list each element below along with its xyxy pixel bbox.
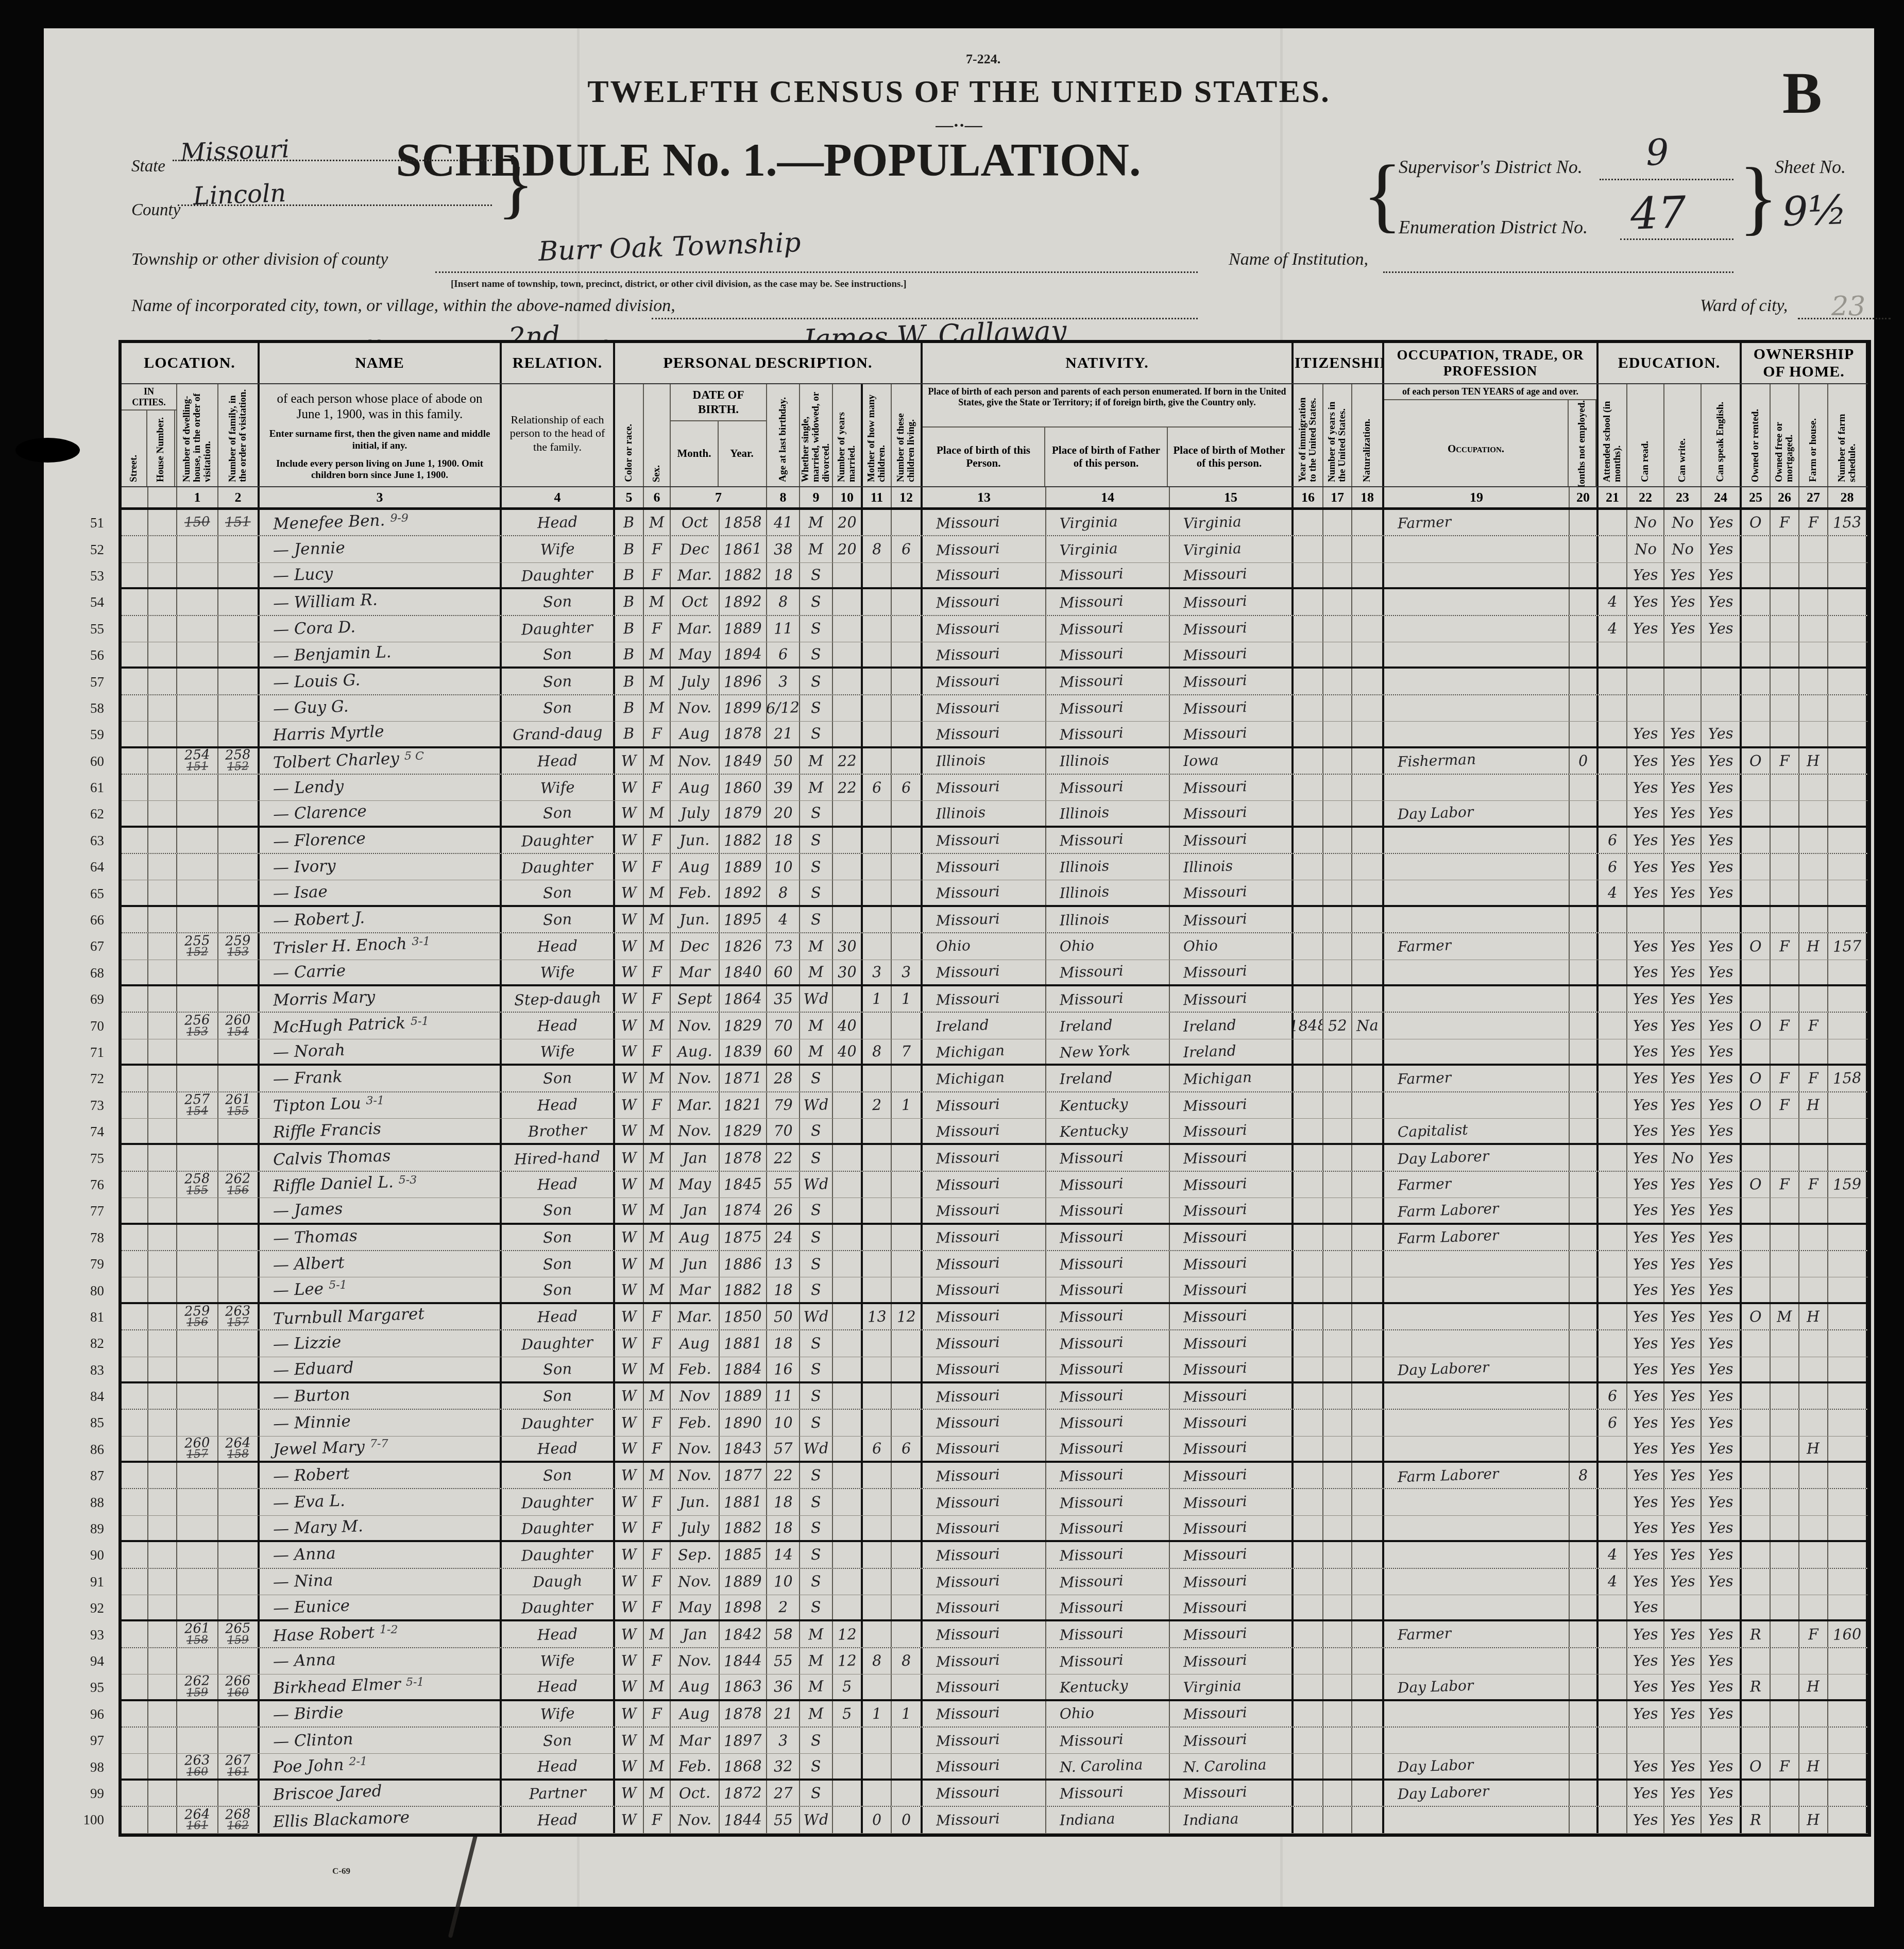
cell-age: 24 bbox=[767, 1225, 800, 1250]
cell-house bbox=[148, 510, 177, 535]
cell-name: — Birdie bbox=[260, 1701, 502, 1726]
cell-bm: Nov. bbox=[671, 1463, 720, 1488]
c-value: W bbox=[621, 1547, 637, 1563]
c-value: W bbox=[621, 1706, 637, 1721]
pb-value: Missouri bbox=[936, 1176, 1000, 1193]
cell-own bbox=[1742, 1728, 1771, 1753]
ms-value: S bbox=[811, 1495, 822, 1510]
cell-cl: 7 bbox=[892, 1039, 923, 1064]
vertical-label: Can write. bbox=[1677, 438, 1688, 482]
cell-name: — Florence bbox=[260, 828, 502, 853]
number-stack: 264158 bbox=[225, 1437, 251, 1461]
cell-fh: H bbox=[1799, 1807, 1828, 1833]
cell-rd: Yes bbox=[1627, 1437, 1664, 1461]
cell-wr: Yes bbox=[1664, 1621, 1702, 1647]
en-value: Yes bbox=[1708, 938, 1733, 954]
cell-en: Yes bbox=[1702, 1277, 1742, 1302]
rd-value: Yes bbox=[1633, 938, 1658, 954]
cell-rel: Wife bbox=[502, 1039, 615, 1064]
cell-fh: H bbox=[1799, 1092, 1828, 1118]
cell-cb: 1 bbox=[863, 1701, 892, 1726]
cell-rel: Partner bbox=[502, 1781, 615, 1806]
en-value: Yes bbox=[1708, 1388, 1733, 1404]
cell-bm: Nov. bbox=[671, 695, 720, 721]
cell-mb: Missouri bbox=[1170, 1092, 1294, 1118]
cell-imm bbox=[1294, 1701, 1323, 1726]
wr-value: Yes bbox=[1670, 1574, 1695, 1589]
cell-street bbox=[122, 1754, 148, 1778]
number-stack: 254151 bbox=[184, 749, 210, 773]
ym-value: 20 bbox=[837, 541, 857, 557]
cell-f bbox=[218, 589, 260, 614]
cell-pb: Missouri bbox=[923, 616, 1046, 642]
cell-sch bbox=[1599, 933, 1627, 959]
cell-s: M bbox=[644, 1198, 671, 1222]
cell-cb bbox=[863, 933, 892, 959]
rd-value: Yes bbox=[1633, 1758, 1658, 1774]
cell-fb: Missouri bbox=[1046, 642, 1170, 666]
cell-c: W bbox=[615, 1463, 644, 1488]
cell-nat bbox=[1352, 1198, 1384, 1222]
name-value: — Robert bbox=[273, 1466, 350, 1485]
wr-value: Yes bbox=[1670, 1415, 1695, 1431]
ms-value: S bbox=[811, 621, 822, 637]
cell-bm: Jun. bbox=[671, 1489, 720, 1515]
age-value: 27 bbox=[773, 1785, 793, 1801]
cell-own bbox=[1742, 1039, 1771, 1064]
wr-value: Yes bbox=[1670, 832, 1695, 848]
age-value: 18 bbox=[773, 1336, 793, 1351]
cell-mne bbox=[1570, 1781, 1599, 1806]
by-value: 1882 bbox=[724, 567, 762, 584]
cell-rd: No bbox=[1627, 510, 1664, 535]
cell-rd: Yes bbox=[1627, 933, 1664, 959]
by-value: 1863 bbox=[724, 1679, 762, 1695]
table-row-line-59: Harris MyrtleGrand-daugBFAug187821SMisso… bbox=[122, 722, 1868, 748]
cell-fb: Missouri bbox=[1046, 1728, 1170, 1753]
wr-value: Yes bbox=[1670, 1097, 1695, 1113]
cell-name: — Robert bbox=[260, 1463, 502, 1488]
cell-fb: Missouri bbox=[1046, 589, 1170, 614]
table-row-line-73: 257154261155Tipton Lou3-1HeadWFMar.18217… bbox=[122, 1092, 1868, 1119]
cell-fb: Missouri bbox=[1046, 1357, 1170, 1381]
cell-cb: 1 bbox=[863, 986, 892, 1012]
cell-by: 1898 bbox=[720, 1595, 767, 1619]
cell-street bbox=[122, 1569, 148, 1595]
imm-value: 1848 bbox=[1294, 1018, 1323, 1034]
fb-value: Ireland bbox=[1060, 1070, 1113, 1087]
cell-by: 1882 bbox=[720, 563, 767, 587]
name-value: Calvis Thomas bbox=[273, 1148, 391, 1168]
cell-d bbox=[177, 1542, 218, 1567]
rd-value: Yes bbox=[1633, 1229, 1658, 1245]
name-value: — Carrie bbox=[273, 963, 346, 981]
cell-yus bbox=[1323, 960, 1352, 984]
s-value: F bbox=[651, 1098, 662, 1113]
cell-en bbox=[1702, 642, 1742, 666]
cell-own bbox=[1742, 960, 1771, 984]
cell-fb: Missouri bbox=[1046, 1621, 1170, 1647]
cell-cb bbox=[863, 510, 892, 535]
cell-name: — Lee5-1 bbox=[260, 1277, 502, 1302]
cell-s: F bbox=[644, 1410, 671, 1435]
cell-c: W bbox=[615, 1304, 644, 1329]
bm-value: Nov. bbox=[678, 700, 712, 716]
f-old-value: 162 bbox=[227, 1821, 249, 1832]
cell-wr: Yes bbox=[1664, 1119, 1702, 1143]
cell-sch bbox=[1599, 669, 1627, 694]
cell-cb: 0 bbox=[863, 1807, 892, 1833]
bm-value: Aug bbox=[679, 1706, 710, 1722]
cell-name: — James bbox=[260, 1198, 502, 1222]
wr-value: Yes bbox=[1670, 594, 1695, 610]
number-stack: 260157 bbox=[184, 1437, 210, 1461]
cell-by: 1842 bbox=[720, 1621, 767, 1647]
cell-wr: Yes bbox=[1664, 1225, 1702, 1250]
cell-fh: H bbox=[1799, 748, 1828, 774]
cell-fsn bbox=[1828, 722, 1868, 746]
cell-fb: Missouri bbox=[1046, 1225, 1170, 1250]
cell-sch: 4 bbox=[1599, 616, 1627, 642]
cell-fh bbox=[1799, 1569, 1828, 1595]
district-brace-left: { bbox=[1363, 147, 1402, 242]
cell-yus bbox=[1323, 695, 1352, 721]
cell-occ bbox=[1384, 880, 1570, 904]
cell-street bbox=[122, 1542, 148, 1567]
cell-house bbox=[148, 1489, 177, 1515]
cell-own bbox=[1742, 695, 1771, 721]
ms-value: S bbox=[811, 833, 822, 848]
cell-s: F bbox=[644, 1516, 671, 1540]
cell-by: 1845 bbox=[720, 1172, 767, 1198]
cell-bm: Aug. bbox=[671, 1039, 720, 1064]
cell-wr: Yes bbox=[1664, 589, 1702, 614]
wr-value: Yes bbox=[1670, 1653, 1695, 1669]
cell-fm bbox=[1771, 695, 1799, 721]
cell-age: 58 bbox=[767, 1621, 800, 1647]
cell-cb bbox=[863, 1754, 892, 1778]
age-value: 26 bbox=[773, 1203, 793, 1218]
dob-title: DATE OF BIRTH. bbox=[671, 384, 766, 421]
cell-fb: Ohio bbox=[1046, 933, 1170, 959]
vertical-label-wrap: Can read. bbox=[1627, 384, 1663, 486]
occ-value: Farm Laborer bbox=[1398, 1228, 1499, 1246]
d-old-value: 154 bbox=[186, 1106, 209, 1117]
age-value: 10 bbox=[773, 859, 793, 875]
cell-house bbox=[148, 1701, 177, 1726]
cell-name: Turnbull Margaret bbox=[260, 1304, 502, 1329]
cell-f bbox=[218, 1277, 260, 1302]
cell-ms: S bbox=[800, 563, 833, 587]
cell-fsn bbox=[1828, 1807, 1868, 1833]
name-value: — Isae bbox=[273, 884, 328, 902]
cell-imm bbox=[1294, 536, 1323, 562]
cell-c: W bbox=[615, 960, 644, 984]
age-value: 39 bbox=[773, 780, 793, 795]
name-value: Riffle Daniel L. bbox=[273, 1174, 394, 1194]
cell-nat bbox=[1352, 960, 1384, 984]
cell-mb: Missouri bbox=[1170, 1621, 1294, 1647]
c-value: W bbox=[621, 1071, 637, 1086]
fb-value: Missouri bbox=[1060, 1308, 1124, 1325]
cell-ms: S bbox=[800, 695, 833, 721]
cell-street bbox=[122, 1039, 148, 1064]
fb-value: Missouri bbox=[1060, 646, 1124, 662]
cell-sch bbox=[1599, 1251, 1627, 1277]
cell-en: Yes bbox=[1702, 563, 1742, 587]
cell-sch bbox=[1599, 1172, 1627, 1198]
cell-wr bbox=[1664, 1595, 1702, 1619]
age-value: 14 bbox=[773, 1547, 793, 1563]
pb-value: Missouri bbox=[936, 1440, 1000, 1457]
cell-sch bbox=[1599, 986, 1627, 1012]
cell-yus bbox=[1323, 1463, 1352, 1488]
cell-bm: Sep. bbox=[671, 1542, 720, 1567]
cell-age: 32 bbox=[767, 1754, 800, 1778]
cell-fb: Missouri bbox=[1046, 1489, 1170, 1515]
cell-imm bbox=[1294, 1410, 1323, 1435]
cell-pb: Missouri bbox=[923, 1410, 1046, 1435]
occ-value: Capitalist bbox=[1398, 1122, 1468, 1139]
rel-value: Wife bbox=[540, 1706, 574, 1722]
cell-c: W bbox=[615, 907, 644, 932]
cell-nat bbox=[1352, 986, 1384, 1012]
cell-mne bbox=[1570, 1172, 1599, 1198]
cell-rd: Yes bbox=[1627, 1092, 1664, 1118]
cell-mb: Missouri bbox=[1170, 880, 1294, 904]
wr-value: Yes bbox=[1670, 1203, 1695, 1219]
cell-cl bbox=[892, 722, 923, 746]
cell-house bbox=[148, 828, 177, 853]
table-row-line-74: Riffle FrancisBrotherWMNov.182970SMissou… bbox=[122, 1119, 1868, 1145]
cell-imm bbox=[1294, 1621, 1323, 1647]
cell-f: 151 bbox=[218, 510, 260, 535]
cell-rd: Yes bbox=[1627, 854, 1664, 880]
line-number-73: 73 bbox=[66, 1092, 109, 1119]
cell-mb: Missouri bbox=[1170, 960, 1294, 984]
cell-nat bbox=[1352, 536, 1384, 562]
cell-ms: M bbox=[800, 1648, 833, 1674]
cell-fb: Missouri bbox=[1046, 695, 1170, 721]
fb-value: Virginia bbox=[1060, 541, 1118, 558]
fb-value: Missouri bbox=[1060, 1176, 1124, 1193]
ym-value: 22 bbox=[837, 753, 857, 768]
cell-house bbox=[148, 616, 177, 642]
line-number-51: 51 bbox=[66, 510, 109, 536]
cell-sch bbox=[1599, 1013, 1627, 1038]
cell-cb bbox=[863, 1172, 892, 1198]
cell-cb bbox=[863, 1542, 892, 1567]
cell-mb: Missouri bbox=[1170, 1701, 1294, 1726]
cell-yus bbox=[1323, 1781, 1352, 1806]
vertical-label-wrap: Color or race. bbox=[615, 384, 643, 486]
mb-value: Virginia bbox=[1183, 541, 1242, 558]
name-value: — Cora D. bbox=[273, 619, 356, 638]
cell-rel: Head bbox=[502, 748, 615, 774]
bm-value: Mar. bbox=[677, 1097, 712, 1113]
cell-pb: Missouri bbox=[923, 1277, 1046, 1302]
line-number-78: 78 bbox=[66, 1225, 109, 1251]
cell-sch bbox=[1599, 1807, 1627, 1833]
mb-value: Missouri bbox=[1183, 621, 1247, 637]
cell-nat bbox=[1352, 1781, 1384, 1806]
ms-value: Wd bbox=[803, 1441, 828, 1457]
table-row-line-68: — CarrieWifeWFMar184060M3033MissouriMiss… bbox=[122, 960, 1868, 986]
cell-fb: Kentucky bbox=[1046, 1119, 1170, 1143]
cell-c: W bbox=[615, 854, 644, 880]
pb-value: Missouri bbox=[936, 1785, 1000, 1801]
fb-value: Missouri bbox=[1060, 1653, 1124, 1669]
cell-cl bbox=[892, 1595, 923, 1619]
occ-value: Day Laborer bbox=[1398, 1784, 1489, 1802]
cell-by: 1878 bbox=[720, 1145, 767, 1170]
cell-ym bbox=[833, 854, 863, 880]
cell-ym bbox=[833, 669, 863, 694]
cell-street bbox=[122, 907, 148, 932]
cell-bm: May bbox=[671, 1172, 720, 1198]
cell-cb bbox=[863, 669, 892, 694]
cell-rel: Head bbox=[502, 1437, 615, 1461]
cell-sch: 6 bbox=[1599, 1383, 1627, 1409]
cell-wr: Yes bbox=[1664, 1489, 1702, 1515]
cell-fh bbox=[1799, 775, 1828, 800]
cell-s: M bbox=[644, 1119, 671, 1143]
cell-mne bbox=[1570, 1701, 1599, 1726]
cell-house bbox=[148, 907, 177, 932]
cell-name: — Frank bbox=[260, 1066, 502, 1091]
cell-f bbox=[218, 1701, 260, 1726]
cell-own: O bbox=[1742, 1304, 1771, 1329]
cell-wr: Yes bbox=[1664, 1437, 1702, 1461]
cell-c: W bbox=[615, 1330, 644, 1356]
sch-value: 4 bbox=[1607, 594, 1617, 610]
rel-value: Son bbox=[542, 1070, 572, 1086]
s-value: F bbox=[651, 780, 662, 795]
by-value: 1858 bbox=[724, 515, 762, 531]
cell-own bbox=[1742, 1119, 1771, 1143]
cell-own: R bbox=[1742, 1674, 1771, 1699]
c-value: W bbox=[621, 1282, 637, 1297]
wr-value: Yes bbox=[1670, 938, 1695, 954]
by-value: 1845 bbox=[724, 1176, 762, 1193]
cell-cb bbox=[863, 1463, 892, 1488]
cell-en: Yes bbox=[1702, 722, 1742, 746]
cell-occ bbox=[1384, 722, 1570, 746]
c-value: B bbox=[623, 674, 635, 689]
cl-value: 6 bbox=[901, 780, 911, 795]
fb-value: Missouri bbox=[1060, 1467, 1124, 1484]
bm-value: Mar bbox=[679, 1733, 711, 1749]
bm-value: Nov bbox=[679, 1388, 710, 1404]
cell-fh bbox=[1799, 960, 1828, 984]
cell-fm bbox=[1771, 1330, 1799, 1356]
cell-age: 39 bbox=[767, 775, 800, 800]
sch-value: 6 bbox=[1607, 1389, 1617, 1404]
cell-bm: Oct. bbox=[671, 1781, 720, 1806]
cell-en bbox=[1702, 907, 1742, 932]
cell-house bbox=[148, 1781, 177, 1806]
cell-by: 1889 bbox=[720, 854, 767, 880]
cell-occ bbox=[1384, 1039, 1570, 1064]
en-value: Yes bbox=[1708, 1150, 1733, 1166]
en-value: Yes bbox=[1708, 1812, 1733, 1828]
cell-mne bbox=[1570, 1728, 1599, 1753]
cell-cb bbox=[863, 1013, 892, 1038]
cell-house bbox=[148, 1569, 177, 1595]
cell-fsn bbox=[1828, 1595, 1868, 1619]
cell-imm bbox=[1294, 880, 1323, 904]
fh-value: H bbox=[1807, 939, 1820, 954]
cell-cb bbox=[863, 1225, 892, 1250]
pb-value: Missouri bbox=[936, 1097, 1000, 1114]
age-value: 18 bbox=[773, 1282, 793, 1297]
cell-nat bbox=[1352, 589, 1384, 614]
cell-fb: Missouri bbox=[1046, 1569, 1170, 1595]
cell-en: Yes bbox=[1702, 1013, 1742, 1038]
cell-d bbox=[177, 616, 218, 642]
cell-age: 20 bbox=[767, 801, 800, 825]
cell-bm: Nov. bbox=[671, 1807, 720, 1833]
cell-name: Trisler H. Enoch3-1 bbox=[260, 933, 502, 959]
vertical-label-wrap: Owned free or mortgaged. bbox=[1771, 384, 1798, 486]
fh-value: H bbox=[1807, 1812, 1820, 1827]
cell-ym bbox=[833, 986, 863, 1012]
cell-d bbox=[177, 536, 218, 562]
cell-wr: Yes bbox=[1664, 880, 1702, 904]
ms-value: S bbox=[811, 1361, 822, 1377]
by-value: 1872 bbox=[724, 1785, 762, 1802]
s-value: M bbox=[649, 674, 665, 689]
c-value: W bbox=[621, 1098, 637, 1113]
cell-fm bbox=[1771, 1277, 1799, 1302]
cell-mb: Iowa bbox=[1170, 748, 1294, 774]
cell-street bbox=[122, 589, 148, 614]
cell-cb bbox=[863, 1277, 892, 1302]
pb-value: Missouri bbox=[936, 594, 1000, 610]
table-row-line-79: — AlbertSonWMJun188613SMissouriMissouriM… bbox=[122, 1251, 1868, 1277]
cell-wr: No bbox=[1664, 1145, 1702, 1170]
table-row-line-93: 261158265159Hase Robert1-2HeadWMJan18425… bbox=[122, 1621, 1868, 1648]
cell-fsn bbox=[1828, 1145, 1868, 1170]
cell-name: — Thomas bbox=[260, 1225, 502, 1250]
rel-value: Head bbox=[537, 1176, 577, 1193]
fb-value: Illinois bbox=[1060, 753, 1110, 769]
cell-bm: Oct bbox=[671, 589, 720, 614]
cl-value: 12 bbox=[896, 1309, 916, 1324]
rel-value: Son bbox=[542, 806, 572, 822]
group-header-band: LOCATION.NAMERELATION.PERSONAL DESCRIPTI… bbox=[122, 343, 1868, 384]
cell-c: B bbox=[615, 722, 644, 746]
cell-cb bbox=[863, 880, 892, 904]
cell-s: M bbox=[644, 880, 671, 904]
cell-rel: Wife bbox=[502, 960, 615, 984]
cell-rd: Yes bbox=[1627, 1516, 1664, 1540]
group-title-occupation: OCCUPATION, TRADE, OR PROFESSION bbox=[1384, 343, 1599, 383]
cell-name: — Ivory bbox=[260, 854, 502, 880]
cell-s: M bbox=[644, 1357, 671, 1381]
cell-c: B bbox=[615, 536, 644, 562]
cell-imm bbox=[1294, 563, 1323, 587]
cell-name: Riffle Daniel L.5-3 bbox=[260, 1172, 502, 1198]
pb-value: Michigan bbox=[936, 1043, 1005, 1060]
cell-house bbox=[148, 1092, 177, 1118]
age-value: 20 bbox=[773, 806, 793, 821]
cell-fb: Ireland bbox=[1046, 1066, 1170, 1091]
cell-d bbox=[177, 1039, 218, 1064]
en-value: Yes bbox=[1708, 885, 1733, 901]
cell-rd: Yes bbox=[1627, 960, 1664, 984]
cell-mne bbox=[1570, 801, 1599, 825]
